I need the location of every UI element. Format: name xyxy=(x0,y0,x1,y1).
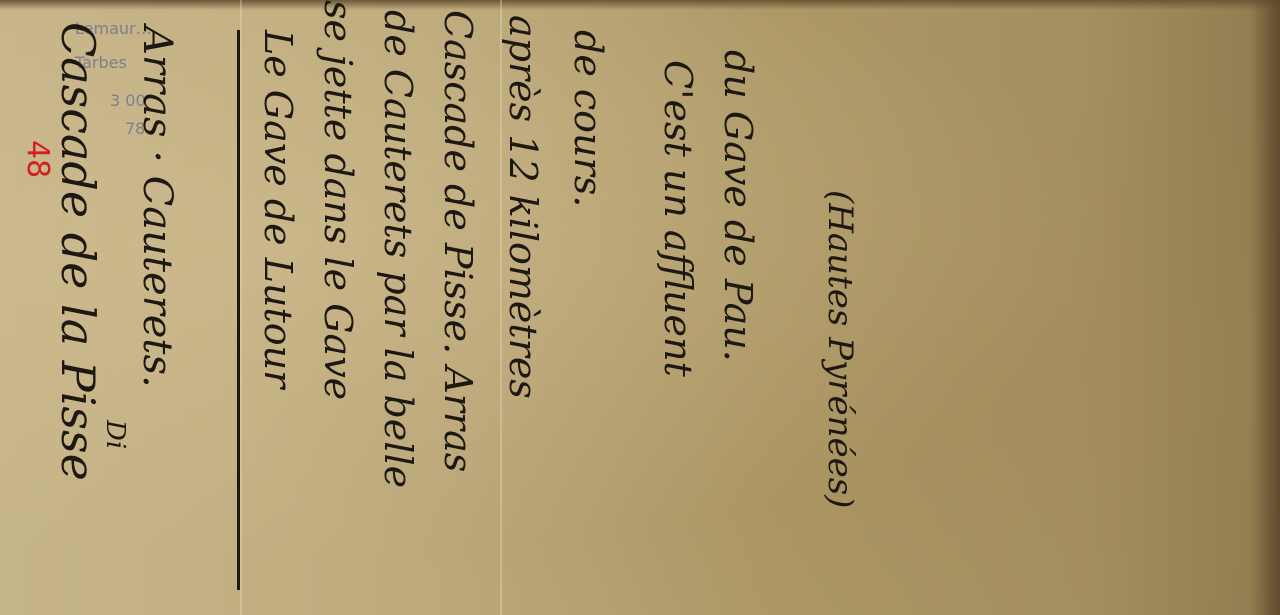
body-line: de Cauterets par la belle xyxy=(376,10,420,488)
document-subtitle: Arras · Cauterets. xyxy=(134,26,180,388)
title-correction: Di xyxy=(100,420,130,449)
body-line: du Gave de Pau. xyxy=(716,50,760,362)
location-note: (Hautes Pyrénées) xyxy=(820,190,860,508)
body-line: C'est un affluent xyxy=(656,60,700,377)
rotated-content: 48 Cascade de la Pisse Di Arras · Cauter… xyxy=(0,0,1280,615)
folio-number: 48 xyxy=(20,140,55,178)
body-line: Cascade de Pisse. Arras xyxy=(436,10,480,472)
body-line: Le Gave de Lutour xyxy=(256,30,300,388)
document-paper: Lemaur… Tarbes 3 00 78 48 Cascade de la … xyxy=(0,0,1280,615)
body-line: après 12 kilomètres xyxy=(501,15,545,399)
body-line: se jette dans le Gave xyxy=(316,0,360,400)
divider-rule xyxy=(237,30,240,590)
body-line: de cours. xyxy=(566,30,610,207)
document-title: Cascade de la Pisse xyxy=(51,22,105,481)
